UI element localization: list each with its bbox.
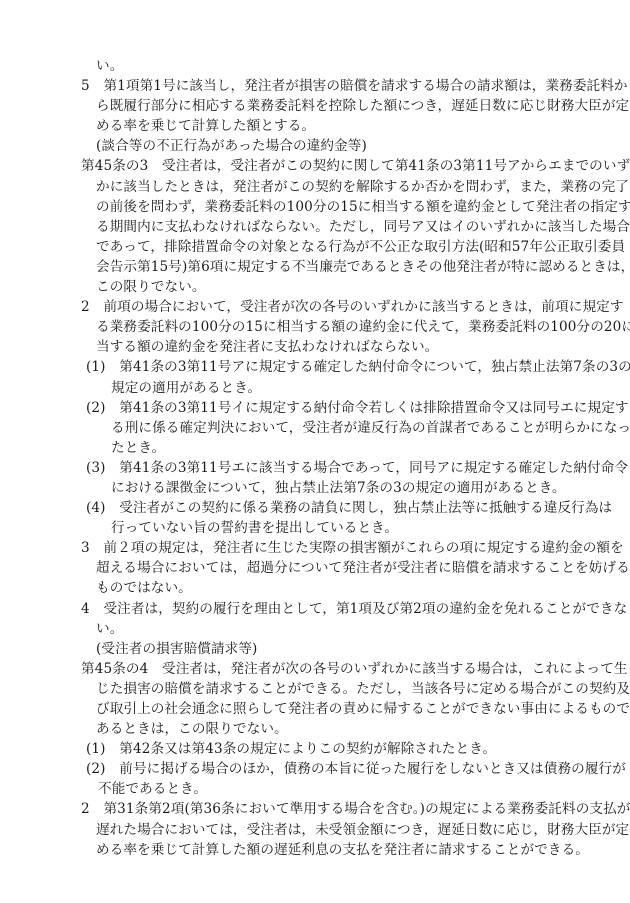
text-line: あるときは，この限りでない。: [81, 719, 554, 739]
article-45-3: 第45条の3 受注者は，受注者がこの契約に関して第41条の3第11号アからエまで…: [81, 156, 554, 176]
text-line: の前後を問わず，業務委託料の100分の15に相当する額を違約金として発注者の指定…: [81, 197, 554, 217]
text-line: める率を乗じて計算した額の遅延利息の支払を発注者に請求することができる。: [81, 840, 554, 860]
paragraph-3: 3 前２項の規定は，発注者に生じた実際の損害額がこれらの項に規定する違約金の額を: [81, 538, 554, 558]
text-line: 遅れた場合においては，受注者は，未受領金額につき，遅延日数に応じ，財務大臣が定: [81, 820, 554, 840]
item-1: (1) 第41条の3第11号アに規定する確定した納付命令について，独占禁止法第7…: [81, 357, 554, 377]
item-1: (1) 第42条又は第43条の規定によりこの契約が解除されたとき。: [81, 739, 554, 759]
text-line: この限りでない。: [81, 277, 554, 297]
text-line: る業務委託料の100分の15に相当する額の違約金に代えて，業務委託料の100分の…: [81, 317, 554, 337]
text-line: であって，排除措置命令の対象となる行為が不公正な取引方法(昭和57年公正取引委員: [81, 237, 554, 257]
article-caption: (談合等の不正行為があった場合の違約金等): [81, 136, 554, 156]
text-line: 超える場合においては，超過分について発注者が受注者に賠償を請求することを妨げる: [81, 558, 554, 578]
article-45-4: 第45条の4 受注者は，発注者が次の各号のいずれかに該当する場合は，これによって…: [81, 659, 554, 679]
text-line: 不能であるとき。: [81, 779, 554, 799]
text-line: 当する額の違約金を発注者に支払わなければならない。: [81, 337, 554, 357]
paragraph-4: 4 受注者は，契約の履行を理由として，第1項及び第2項の違約金を免れることができ…: [81, 599, 554, 619]
item-2: (2) 前号に掲げる場合のほか，債務の本旨に従った履行をしないとき又は債務の履行…: [81, 759, 554, 779]
text-line: 規定の適用があるとき。: [81, 378, 554, 398]
text-line: る刑に係る確定判決において，受注者が違反行為の首謀者であることが明らかになっ: [81, 418, 554, 438]
text-line: たとき。: [81, 438, 554, 458]
article-caption: (受注者の損害賠償請求等): [81, 639, 554, 659]
text-line: る期間内に支払わなければならない。ただし，同号ア又はイのいずれかに該当した場合: [81, 217, 554, 237]
text-line: かに該当したときは，発注者がこの契約を解除するか否かを問わず，また，業務の完了: [81, 177, 554, 197]
text-line: ら既履行部分に相応する業務委託料を控除した額につき，遅延日数に応じ財務大臣が定: [81, 96, 554, 116]
text-line: い。: [81, 56, 554, 76]
item-2: (2) 第41条の3第11号イに規定する納付命令若しくは排除措置命令又は同号エに…: [81, 398, 554, 418]
item-4: (4) 受注者がこの契約に係る業務の請負に関し，独占禁止法等に抵触する違反行為は: [81, 498, 554, 518]
text-line: における課徴金について，独占禁止法第7条の3の規定の適用があるとき。: [81, 478, 554, 498]
text-line: い。: [81, 619, 554, 639]
document-page: い。 5 第1項第1号に該当し，発注者が損害の賠償を請求する場合の請求額は，業務…: [81, 56, 554, 860]
item-3: (3) 第41条の3第11号エに該当する場合であって，同号アに規定する確定した納…: [81, 458, 554, 478]
text-line: める率を乗じて計算した額とする。: [81, 116, 554, 136]
paragraph-2: 2 第31条第2項(第36条において準用する場合を含む。)の規定による業務委託料…: [81, 799, 554, 819]
paragraph-5: 5 第1項第1号に該当し，発注者が損害の賠償を請求する場合の請求額は，業務委託料…: [81, 76, 554, 96]
text-line: 行っていない旨の誓約書を提出しているとき。: [81, 518, 554, 538]
text-line: 会告示第15号)第6項に規定する不当廉売であるときその他発注者が特に認めるときは…: [81, 257, 554, 277]
text-line: ものではない。: [81, 578, 554, 598]
text-line: び取引上の社会通念に照らして発注者の責めに帰することができない事由によるもので: [81, 699, 554, 719]
paragraph-2: 2 前項の場合において，受注者が次の各号のいずれかに該当するときは，前項に規定す: [81, 297, 554, 317]
text-line: じた損害の賠償を請求することができる。ただし，当該各号に定める場合がこの契約及: [81, 679, 554, 699]
